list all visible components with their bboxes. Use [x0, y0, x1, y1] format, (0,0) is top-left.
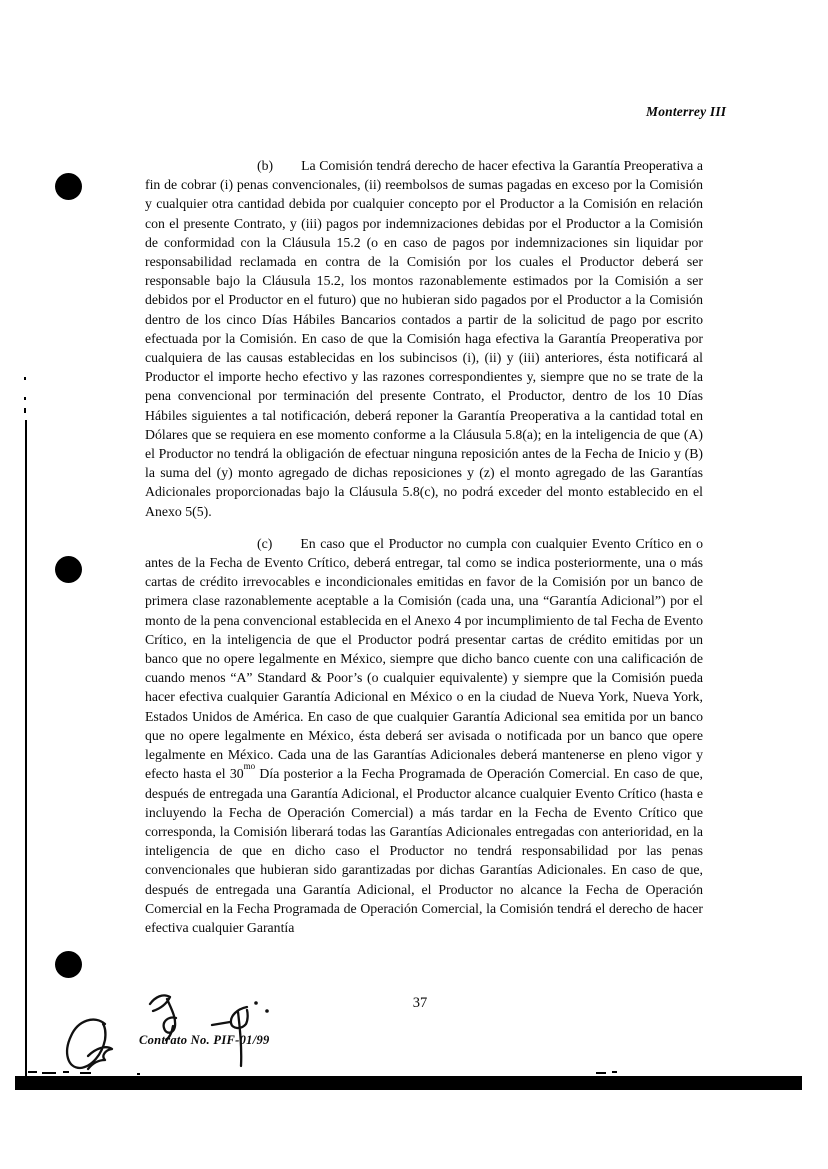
signature-initial-2	[212, 1007, 248, 1028]
hole-punch-mark-top	[55, 173, 82, 200]
scan-noise	[612, 1071, 617, 1073]
paragraph-b-text: La Comisión tendrá derecho de hacer efec…	[145, 158, 703, 519]
scan-edge-bar	[15, 1076, 802, 1090]
page-number: 37	[370, 995, 470, 1012]
paragraph-c-label: (c)	[257, 536, 272, 551]
paragraph-c-ordinal-suffix: mo	[244, 761, 256, 771]
scan-noise	[596, 1072, 606, 1074]
scan-noise	[42, 1072, 56, 1074]
header-title: Monterrey III	[646, 104, 726, 120]
footer-contract-number: Contrato No. PIF-01/99	[139, 1033, 270, 1048]
signature-oval	[67, 1020, 112, 1069]
left-margin-line	[25, 420, 27, 1077]
scan-noise	[80, 1072, 91, 1074]
paragraph-b: (b)La Comisión tendrá derecho de hacer e…	[145, 156, 703, 521]
paragraph-c: (c)En caso que el Productor no cumpla co…	[145, 534, 703, 937]
scan-noise	[137, 1073, 140, 1075]
document-page: Monterrey III (b)La Comisión tendrá dere…	[0, 0, 828, 1169]
margin-dash	[24, 408, 26, 413]
signature-dot	[254, 1001, 258, 1005]
scan-noise	[63, 1071, 69, 1073]
margin-dot	[24, 397, 26, 400]
paragraph-b-label: (b)	[257, 158, 273, 173]
document-body: (b)La Comisión tendrá derecho de hacer e…	[145, 156, 703, 937]
hole-punch-mark-bottom	[55, 951, 82, 978]
paragraph-c-text-2: Día posterior a la Fecha Programada de O…	[145, 766, 703, 935]
hole-punch-mark-middle	[55, 556, 82, 583]
signature-dot	[265, 1009, 269, 1013]
scan-noise	[28, 1071, 37, 1073]
paragraph-c-text-1: En caso que el Productor no cumpla con c…	[145, 536, 703, 781]
margin-dot	[24, 377, 26, 380]
